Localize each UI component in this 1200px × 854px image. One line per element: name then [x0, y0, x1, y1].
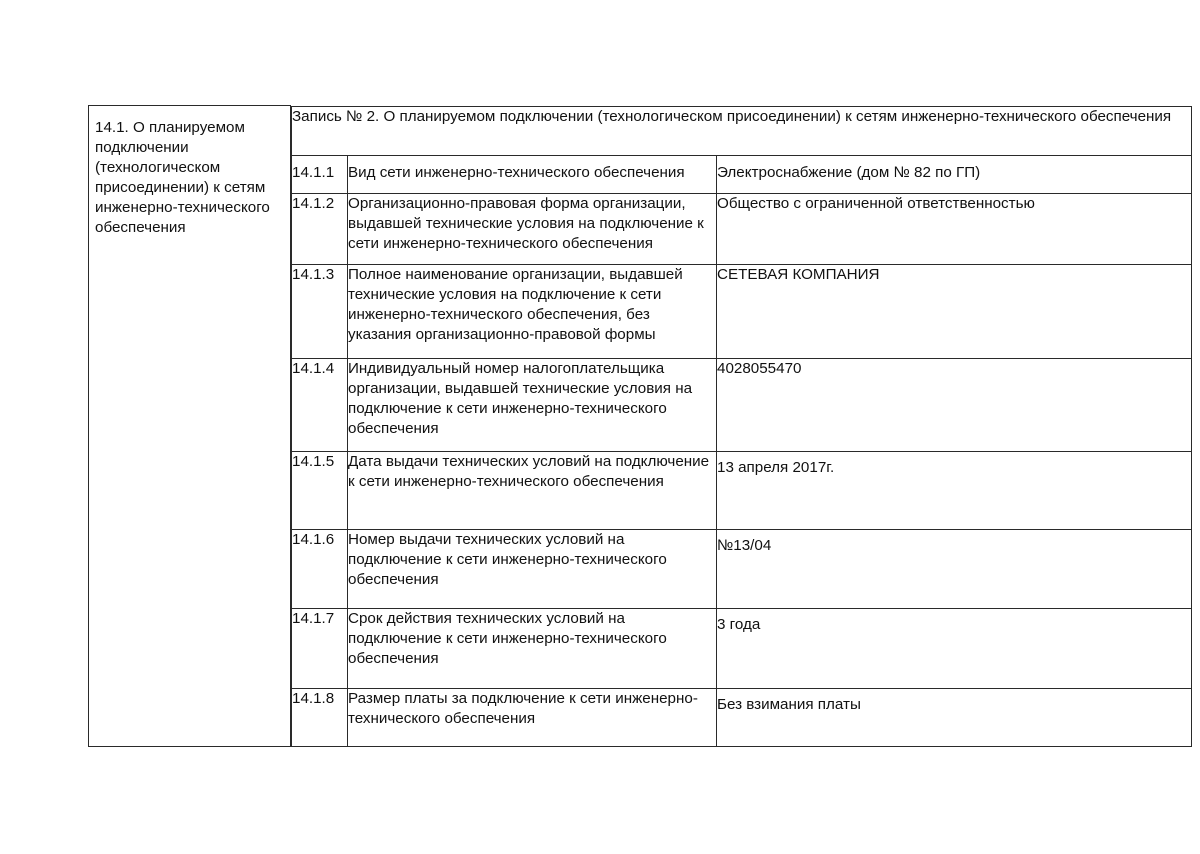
row-number: 14.1.8 [292, 688, 348, 746]
record-title-cell: Запись № 2. О планируемом подключении (т… [292, 106, 1192, 155]
table-row: 14.1.4 Индивидуальный номер налогоплател… [292, 358, 1192, 451]
section-title: 14.1. О планируемом подключении (техноло… [95, 119, 270, 236]
row-label: Вид сети инженерно-технического обеспече… [348, 155, 717, 193]
record-cell: Запись № 2. О планируемом подключении (т… [291, 106, 1193, 747]
table-row: 14.1.6 Номер выдачи технических условий … [292, 529, 1192, 608]
row-value: Без взимания платы [717, 688, 1192, 746]
table-row: 14.1.1 Вид сети инженерно-технического о… [292, 155, 1192, 193]
row-label: Организационно-правовая форма организаци… [348, 193, 717, 264]
row-label: Дата выдачи технических условий на подкл… [348, 451, 717, 529]
table-row: 14.1.5 Дата выдачи технических условий н… [292, 451, 1192, 529]
row-label: Полное наименование организации, выдавше… [348, 264, 717, 358]
row-value: 13 апреля 2017г. [717, 451, 1192, 529]
row-label: Размер платы за подключение к сети инжен… [348, 688, 717, 746]
table-row: 14.1.3 Полное наименование организации, … [292, 264, 1192, 358]
document-page: 14.1. О планируемом подключении (техноло… [0, 0, 1200, 854]
row-value: Электроснабжение (дом № 82 по ГП) [717, 155, 1192, 193]
table-row: 14.1.2 Организационно-правовая форма орг… [292, 193, 1192, 264]
section-title-cell: 14.1. О планируемом подключении (техноло… [89, 106, 291, 747]
row-value: Общество с ограниченной ответственностью [717, 193, 1192, 264]
row-label: Индивидуальный номер налогоплательщика о… [348, 358, 717, 451]
row-number: 14.1.5 [292, 451, 348, 529]
row-value: 4028055470 [717, 358, 1192, 451]
row-value: 3 года [717, 608, 1192, 688]
row-number: 14.1.7 [292, 608, 348, 688]
row-number: 14.1.1 [292, 155, 348, 193]
row-value: №13/04 [717, 529, 1192, 608]
row-value: СЕТЕВАЯ КОМПАНИЯ [717, 264, 1192, 358]
record-table: Запись № 2. О планируемом подключении (т… [291, 106, 1192, 747]
table-row: 14.1.8 Размер платы за подключение к сет… [292, 688, 1192, 746]
row-number: 14.1.2 [292, 193, 348, 264]
row-number: 14.1.3 [292, 264, 348, 358]
record-title: Запись № 2. О планируемом подключении (т… [292, 108, 1171, 125]
row-number: 14.1.4 [292, 358, 348, 451]
table-row: 14.1.7 Срок действия технических условий… [292, 608, 1192, 688]
row-number: 14.1.6 [292, 529, 348, 608]
connection-info-table: 14.1. О планируемом подключении (техноло… [88, 105, 1192, 747]
row-label: Номер выдачи технических условий на подк… [348, 529, 717, 608]
row-label: Срок действия технических условий на под… [348, 608, 717, 688]
